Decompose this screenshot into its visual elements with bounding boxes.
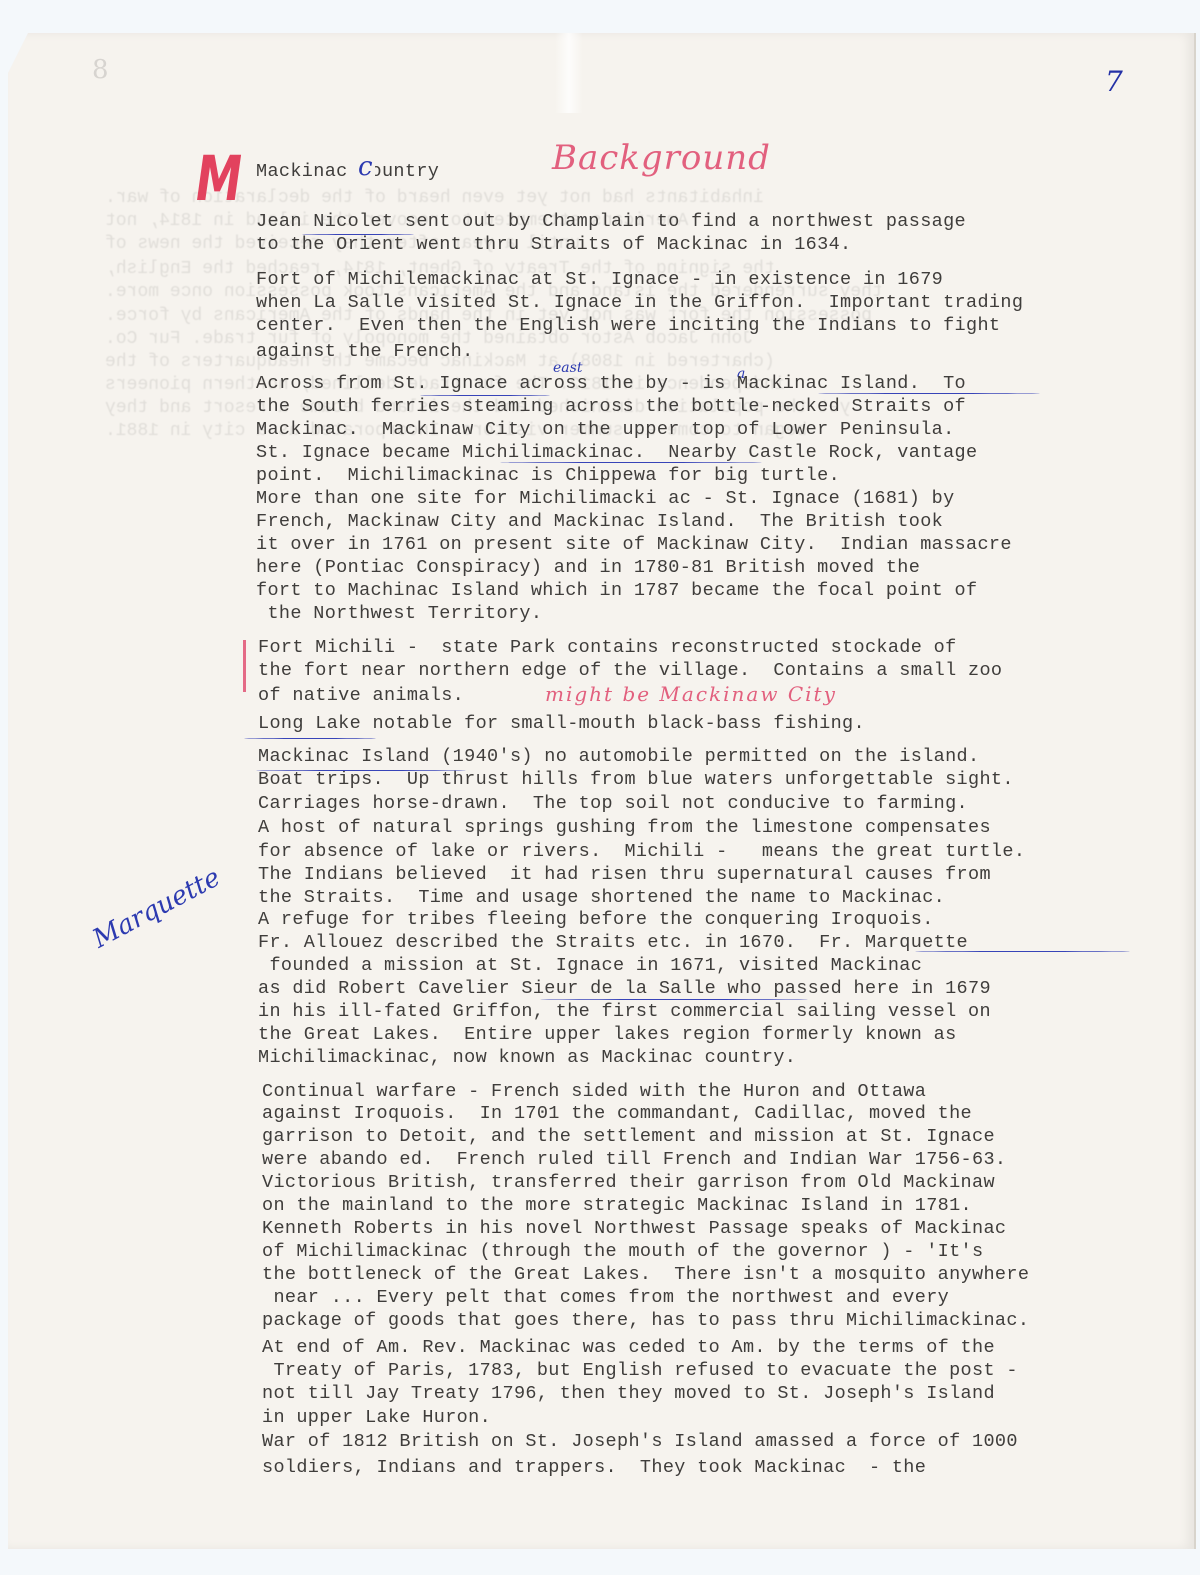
text-line: in upper Lake Huron. <box>262 1406 491 1430</box>
text-line: At end of Am. Rev. Mackinac was ceded to… <box>262 1336 995 1360</box>
text-line: Carriages horse-drawn. The top soil not … <box>258 792 968 816</box>
text-line: when La Salle visited St. Ignace in the … <box>256 291 1023 315</box>
text-line: fort to Machinac Island which in 1787 be… <box>256 579 977 603</box>
might-be-note: might be Mackinaw City <box>545 682 837 706</box>
background-note: Background <box>552 138 771 178</box>
text-line: Jean Nicolet sent out by Champlain to fi… <box>256 210 966 234</box>
underline-marquette <box>915 951 1130 952</box>
underline-long-lake <box>244 738 376 739</box>
text-line: the Northwest Territory. <box>256 602 542 626</box>
text-line: Across from St. Ignace across the by - i… <box>256 372 966 396</box>
text-line: Fr. Allouez described the Straits etc. i… <box>258 931 968 955</box>
text-line: center. Even then the English were incit… <box>256 314 1000 338</box>
text-line: to the Orient went thru Straits of Macki… <box>256 233 852 257</box>
text-line: Boat trips. Up thrust hills from blue wa… <box>258 768 1014 792</box>
text-line: of native animals. <box>258 684 464 708</box>
text-line: Fort of Michilemackinac at St. Ignace - … <box>256 268 943 292</box>
text-line: package of goods that goes there, has to… <box>262 1309 1029 1333</box>
text-line: Mackinac. Mackinaw City on the upper top… <box>256 418 955 442</box>
text-line: not till Jay Treaty 1796, then they move… <box>262 1382 995 1406</box>
text-line: Victorious British, transferred their ga… <box>262 1171 995 1195</box>
text-line: on the mainland to the more strategic Ma… <box>262 1194 972 1218</box>
text-line: in his ill-fated Griffon, the first comm… <box>258 1000 991 1024</box>
faint-page-number: 8 <box>92 55 109 85</box>
text-line: War of 1812 British on St. Joseph's Isla… <box>262 1430 1018 1454</box>
text-line: against Iroquois. In 1701 the commandant… <box>262 1102 972 1126</box>
text-line: of Michilimackinac (through the mouth of… <box>262 1240 983 1264</box>
text-line: the Straits. Time and usage shortened th… <box>258 886 945 910</box>
red-margin-mark <box>243 640 246 692</box>
title-correction: c <box>356 152 375 182</box>
text-line: Continual warfare - French sided with th… <box>262 1080 926 1104</box>
text-line: soldiers, Indians and trappers. They too… <box>262 1456 926 1480</box>
text-line: the fort near northern edge of the villa… <box>258 659 1002 683</box>
text-line: the South ferries steaming across the bo… <box>256 395 966 419</box>
text-line: founded a mission at St. Ignace in 1671,… <box>258 954 922 978</box>
underline-sieur-de-la-salle <box>540 999 808 1000</box>
text-line: Michilimackinac, now known as Mackinac c… <box>258 1046 796 1070</box>
text-line: the bottleneck of the Great Lakes. There… <box>262 1263 1029 1287</box>
text-line: Fort Michili - state Park contains recon… <box>258 636 957 660</box>
underline-mackinac-island <box>818 393 1040 394</box>
text-line: French, Mackinaw City and Mackinac Islan… <box>256 510 943 534</box>
text-line: near ... Every pelt that comes from the … <box>262 1286 949 1310</box>
text-line: were abando ed. French ruled till French… <box>262 1148 1006 1172</box>
text-line: here (Pontiac Conspiracy) and in 1780-81… <box>256 556 920 580</box>
text-line: garrison to Detoit, and the settlement a… <box>262 1125 995 1149</box>
corner-fold <box>8 33 28 73</box>
text-line: point. Michilimackinac is Chippewa for b… <box>256 464 840 488</box>
document-title: Mackinac country <box>256 160 439 184</box>
text-line: Long Lake notable for small-mouth black-… <box>258 712 865 736</box>
text-line: it over in 1761 on present site of Macki… <box>256 533 1012 557</box>
margin-initial-m: M <box>191 148 246 210</box>
text-line: A refuge for tribes fleeing before the c… <box>258 908 934 932</box>
page-number: 7 <box>1105 65 1123 98</box>
text-line: Kenneth Roberts in his novel Northwest P… <box>262 1217 1006 1241</box>
underline-michilimackinac <box>500 462 762 463</box>
text-line: as did Robert Cavelier Sieur de la Salle… <box>258 977 991 1001</box>
underline-nicolet <box>302 234 414 235</box>
underline-st-ignace <box>420 395 550 396</box>
underline-mackinac-island-2 <box>256 770 466 771</box>
text-line: More than one site for Michilimacki ac -… <box>256 487 955 511</box>
paper-crease <box>555 33 583 113</box>
text-line: the Great Lakes. Entire upper lakes regi… <box>258 1023 957 1047</box>
text-line: Mackinac Island (1940's) no automobile p… <box>258 745 979 769</box>
text-line: St. Ignace became Michilimackinac. Nearb… <box>256 441 977 465</box>
text-line: against the French. <box>256 340 474 364</box>
text-line: Treaty of Paris, 1783, but English refus… <box>262 1359 1018 1383</box>
text-line: A host of natural springs gushing from t… <box>258 816 991 840</box>
text-line: for absence of lake or rivers. Michili -… <box>258 840 1025 864</box>
text-line: The Indians believed it had risen thru s… <box>258 863 991 887</box>
